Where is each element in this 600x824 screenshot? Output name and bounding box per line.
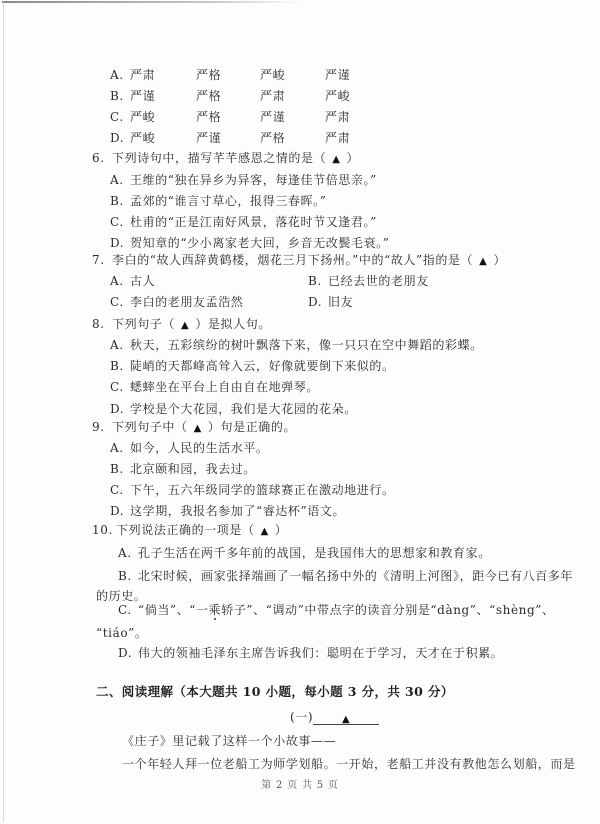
q6-stem: 6.下列诗句中，描写芊芊感恩之情的是（▲） (92, 150, 359, 168)
q5-option-d: D.严峻 (110, 130, 155, 146)
q9-option-b: B.北京颐和园，我去过。 (110, 461, 256, 477)
word: 严谨 (325, 67, 350, 83)
q10-option-a: A.孔子生活在两千多年前的战国，是我国伟大的思想家和教育家。 (118, 545, 491, 561)
q9-option-a: A.如今，人民的生活水平。 (110, 440, 269, 456)
word: 严格 (196, 109, 221, 125)
q7-option-a: A.古人 (110, 273, 155, 289)
word: 严肃 (325, 109, 350, 125)
word: 严肃 (325, 130, 350, 146)
q6-option-b: B.孟郊的“谁言寸草心，报得三春晖。” (110, 193, 326, 209)
scan-edge-top (2, 1, 302, 3)
q8-option-b: B.陡峭的天都峰高耸入云，好像就要倒下来似的。 (110, 358, 395, 374)
answer-triangle-icon: ▲ (181, 318, 189, 334)
q9-option-c: C.下午，五六年级同学的篮球赛正在激动地进行。 (110, 482, 395, 498)
q8-option-a: A.秋天，五彩缤纷的树叶飘落下来，像一只只在空中舞蹈的彩蝶。 (110, 337, 483, 353)
q7-stem: 7.李白的“故人西辞黄鹤楼，烟花三月下扬州。”中的“故人”指的是（▲） (92, 252, 506, 270)
exam-page: A.严肃 严格 严峻 严谨 B.严谨 严格 严肃 严峻 C.严峻 严格 严谨 严… (0, 0, 600, 824)
q5-option-b: B.严谨 (110, 88, 155, 104)
answer-triangle-icon: ▲ (342, 712, 350, 728)
emphasis-dotted-char: 乘 (209, 603, 222, 617)
q8-stem: 8.下列句子（▲）是拟人句。 (92, 316, 271, 334)
q8-option-d: D.学校是个大花园，我们是大花园的花朵。 (110, 401, 357, 417)
word: 严格 (260, 130, 285, 146)
q10-stem: 10.下列说法正确的一项是（▲） (92, 522, 288, 540)
scan-edge-left (3, 2, 4, 822)
q10-option-b: B.北宋时候，画家张择端画了一幅名扬中外的《清明上河图》，距今已有八百多年 (118, 568, 573, 584)
q6-option-c: C.杜甫的“正是江南好风景，落花时节又逢君。” (110, 214, 377, 230)
passage-title: (一)▲ (290, 709, 379, 725)
q5-option-c: C.严峻 (110, 109, 155, 125)
word: 严峻 (260, 67, 285, 83)
answer-triangle-icon: ▲ (479, 254, 487, 270)
page-footer: 第 2 页 共 5 页 (0, 776, 600, 791)
word: 严格 (196, 67, 221, 83)
word: 严谨 (196, 130, 221, 146)
q9-stem: 9.下列句子中（▲）句是正确的。 (92, 419, 296, 437)
passage-paragraph-1: 一个年轻人拜一位老船工为师学划船。一开始，老船工并没有教他怎么划船，而是 (122, 756, 576, 772)
word: 严峻 (325, 88, 350, 104)
q10-option-c: C.“倘当”、“一乘轿子”、“调动”中带点字的读音分别是“dàng”、“shèn… (118, 602, 555, 618)
q6-option-a: A.王维的“独在异乡为异客，每逢佳节倍思亲。” (110, 172, 377, 188)
section-heading: 二、阅读理解（本大题共 10 小题，每小题 3 分，共 30 分） (96, 684, 454, 700)
q9-option-d: D.这学期，我报名参加了“睿达杯”语文。 (110, 503, 345, 519)
title-blank: ▲ (313, 710, 379, 725)
q7-option-c: C.李白的老朋友孟浩然 (110, 294, 243, 310)
q5-option-a: A.严肃 (110, 67, 155, 83)
q10-option-c-cont: “tiáo”。 (96, 625, 148, 641)
answer-triangle-icon: ▲ (261, 524, 269, 540)
word: 严肃 (260, 88, 285, 104)
q6-option-d: D.贺知章的“少小离家老大回，乡音无改鬓毛衰。” (110, 235, 389, 251)
q10-option-d: D.伟大的领袖毛泽东主席告诉我们：聪明在于学习，天才在于积累。 (118, 645, 503, 661)
q7-option-b: B.已经去世的老朋友 (308, 273, 429, 289)
q8-option-c: C.蟋蟀坐在平台上自由自在地弹琴。 (110, 379, 319, 395)
word: 严格 (196, 88, 221, 104)
answer-triangle-icon: ▲ (332, 152, 340, 168)
q7-option-d: D.旧友 (308, 294, 353, 310)
passage-intro: 《庄子》里记载了这样一个小故事—— (122, 733, 336, 749)
answer-triangle-icon: ▲ (194, 421, 202, 437)
word: 严谨 (260, 109, 285, 125)
